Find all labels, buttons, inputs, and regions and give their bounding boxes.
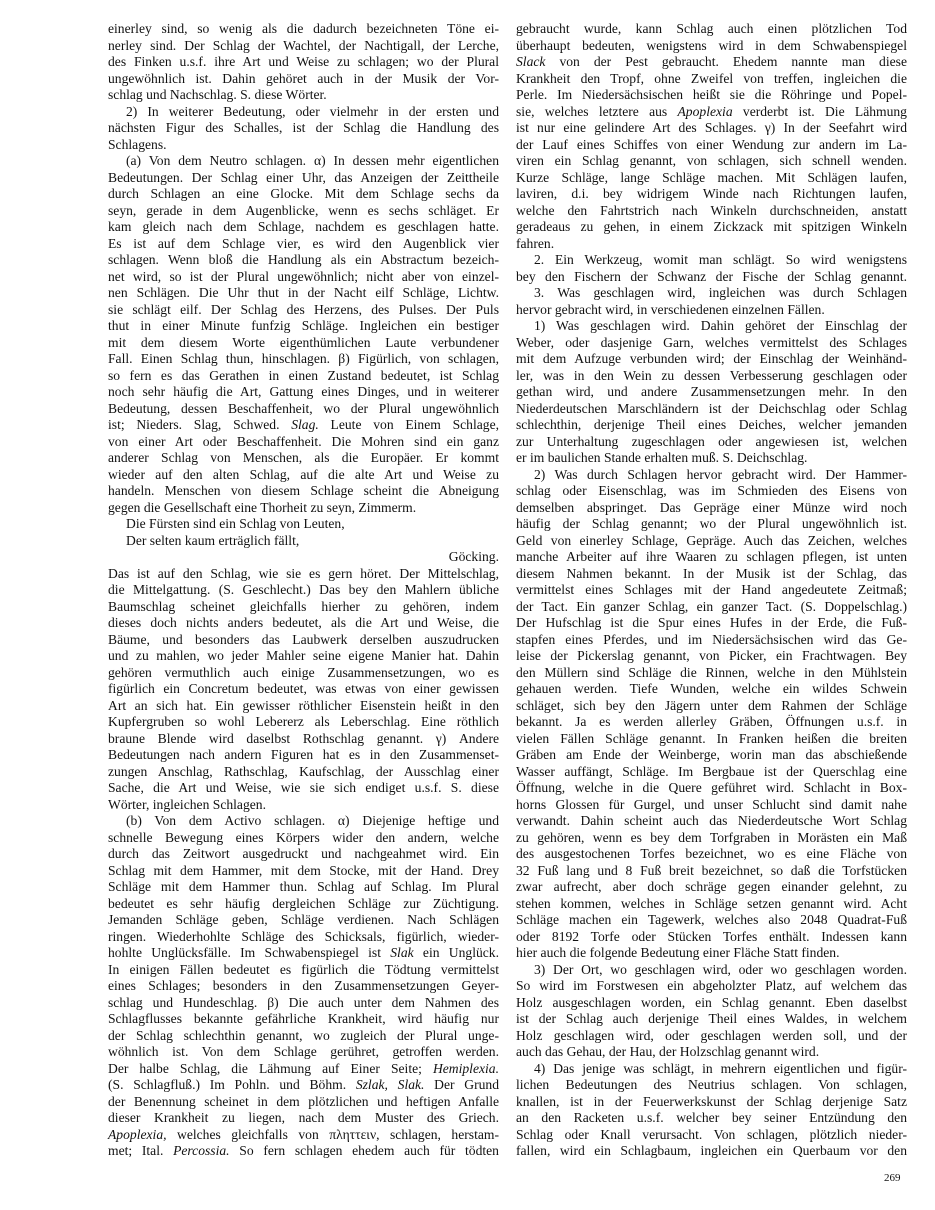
text-line: gehören vermuthlich auch einige Zusammen… xyxy=(108,665,499,682)
text-line: net wird, so ist der Plural ungewöhnlich… xyxy=(108,269,499,286)
text-line: durch das Zeitwort ausgedruckt und nachg… xyxy=(108,846,499,863)
text-line: hohlte Unglücksfälle. Im Schwabenspiegel… xyxy=(108,945,499,962)
text-line: zur Unterhaltung zugeschlagen oder angew… xyxy=(516,434,907,451)
text-line: Bedeutungen nach andern Figuren hat es i… xyxy=(108,747,499,764)
italic-term: Slack xyxy=(516,54,545,69)
text-line: 2) Was durch Schlagen hervor gebracht wi… xyxy=(516,467,907,484)
italic-term: Apoplexia, xyxy=(108,1127,167,1142)
text-line: thut in einer Minute funfzig Schläge. In… xyxy=(108,318,499,335)
text-line: Fall. Einen Schlag thun, hinschlagen. β)… xyxy=(108,351,499,368)
text-line: Schläge mit dem Hammer thun. Schlag auf … xyxy=(108,879,499,896)
text-line: Wörter, ingleichen Schlagen. xyxy=(108,797,499,814)
text-line: (S. Schlagfluß.) Im Pohln. und Böhm. Szl… xyxy=(108,1077,499,1094)
text-line: anderer Schlag von Menschen, als die Eur… xyxy=(108,450,499,467)
text-line: stapfen eines Pferdes, und im Niedersäch… xyxy=(516,632,907,649)
text-line: hervor gebracht wird, in verschiedenen e… xyxy=(516,302,907,319)
text-column-left: einerley sind, so wenig als die dadurch … xyxy=(108,21,499,1160)
text-line: Holz ausgeschlagen worden, ein Schlag ge… xyxy=(516,995,907,1012)
text-line: ist nur eine gelindere Art des Schlages.… xyxy=(516,120,907,137)
text-line: die Mittelgattung. (S. Geschlecht.) Das … xyxy=(108,582,499,599)
text-line: Niederdeutschen Marschländern ist der De… xyxy=(516,401,907,418)
text-line: gegen die Gesellschaft eine Thorheit zu … xyxy=(108,500,499,517)
text-line: zungen Anschlag, Rathschlag, Kaufschlag,… xyxy=(108,764,499,781)
text-line: schlagen. Wenn bloß die Handlung als ein… xyxy=(108,252,499,269)
text-line: schlag und Nachschlag. S. diese Wörter. xyxy=(108,87,499,104)
text-line: Göcking. xyxy=(108,549,499,566)
italic-term: Hemiplexia. xyxy=(433,1061,499,1076)
text-line: diesem Nahmen bekannt. In der Musik ist … xyxy=(516,566,907,583)
text-line: (a) Von dem Neutro schlagen. α) In desse… xyxy=(108,153,499,170)
text-line: fallen, wird ein Schlagbaum, ingleichen … xyxy=(516,1143,907,1160)
text-line: nächsten Figur des Schalles, ist der Sch… xyxy=(108,120,499,137)
text-line: der Schlag schlechthin genannt, wo zugle… xyxy=(108,1028,499,1045)
text-line: bey den Fischern der Schwanz der Fische … xyxy=(516,269,907,286)
text-line: Slack von der Pest gebraucht. Ehedem nan… xyxy=(516,54,907,71)
text-line: Der Hufschlag ist die Spur eines Hufes i… xyxy=(516,615,907,632)
text-line: handeln. Menschen von diesem Schlage sch… xyxy=(108,483,499,500)
text-line: ist der Schlag auch derjenige Theil eine… xyxy=(516,1011,907,1028)
text-line: an den Racketen u.s.f. welcher bey seine… xyxy=(516,1110,907,1127)
text-line: sie, welches letztere aus Apoplexia verd… xyxy=(516,104,907,121)
text-line: fahren. xyxy=(516,236,907,253)
text-line: hier auch die folgende Bedeutung einer F… xyxy=(516,945,907,962)
text-line: mit dem diesem Worte eigenthümlichen Lau… xyxy=(108,335,499,352)
text-line: Krankheit den Tropf, ohne Zweifel von tr… xyxy=(516,71,907,88)
text-line: dieses doch nichts anders bedeutet, als … xyxy=(108,615,499,632)
text-line: Apoplexia, welches gleichfalls von πληττ… xyxy=(108,1127,499,1144)
text-line: einerley sind, so wenig als die dadurch … xyxy=(108,21,499,38)
text-line: der Lauf eines Schiffes von einer Wendun… xyxy=(516,137,907,154)
text-line: Bäume, und besonders das Laubwerk dersel… xyxy=(108,632,499,649)
text-line: 2. Ein Werkzeug, womit man schlägt. So w… xyxy=(516,252,907,269)
text-line: Weber, oder dasjenige Garn, welches verm… xyxy=(516,335,907,352)
text-line: schnelle Bewegung eines Körpers wider de… xyxy=(108,830,499,847)
text-line: demselben abspringet. Das Gepräge einer … xyxy=(516,500,907,517)
text-line: knallen, ist in der Feuerwerkskunst der … xyxy=(516,1094,907,1111)
text-line: 4) Das jenige was schlägt, in mehrern ei… xyxy=(516,1061,907,1078)
text-line: vielen Fällen Schläge genannt. In Franke… xyxy=(516,731,907,748)
text-line: lichen Bedeutungen des Neutrius schlagen… xyxy=(516,1077,907,1094)
text-line: wieder auf den alten Schlag, auf die alt… xyxy=(108,467,499,484)
text-line: Schlagflusses bekannte gefährliche Krank… xyxy=(108,1011,499,1028)
text-line: manche Arbeiter auf ihre Waaren zu schla… xyxy=(516,549,907,566)
text-line: dieser Krankheit zu liegen, nach dem Mus… xyxy=(108,1110,499,1127)
text-line: leise der Pickerslag genannt, von Picker… xyxy=(516,648,907,665)
text-line: des ausgestochenen Torfes bezeichnet, wo… xyxy=(516,846,907,863)
text-line: bekannt. Ja es werden allerley Gräben, Ö… xyxy=(516,714,907,731)
text-line: eines Schlages; besonders in den Zusamme… xyxy=(108,978,499,995)
text-line: Schläge machen ein Tagewerk, welches als… xyxy=(516,912,907,929)
text-line: geradeaus zu gehen, in einem Zickzack mi… xyxy=(516,219,907,236)
text-line: so fern es das Gerathen in einen Zustand… xyxy=(108,368,499,385)
text-line: 3. Was geschlagen wird, ingleichen was d… xyxy=(516,285,907,302)
text-column-right: gebraucht wurde, kann Schlag auch einen … xyxy=(516,21,907,1160)
text-line: er im baulichen Stande erhalten muß. S. … xyxy=(516,450,907,467)
text-line: mit dem Aufzuge verbunden wird; der Eins… xyxy=(516,351,907,368)
text-line: Schlag mit dem Hammer, mit dem Stocke, m… xyxy=(108,863,499,880)
text-line: laviren, d.i. bey widrigem Winde nach Ri… xyxy=(516,186,907,203)
text-line: 3) Der Ort, wo geschlagen wird, oder wo … xyxy=(516,962,907,979)
text-line: schlechthin, derjenige Theil eines Deich… xyxy=(516,417,907,434)
text-line: Schlagens. xyxy=(108,137,499,154)
text-line: Bedeutung, dessen Beschaffenheit, wo der… xyxy=(108,401,499,418)
text-line: Die Fürsten sind ein Schlag von Leuten, xyxy=(108,516,499,533)
text-line: stehen kommen, welches in Schläge setzen… xyxy=(516,896,907,913)
text-line: Wasser auffängt, Schläge. Im Bergbaue is… xyxy=(516,764,907,781)
text-line: Holz geschlagen wird, oder geschlagen we… xyxy=(516,1028,907,1045)
text-line: Jemanden Schläge geben, Schläge verdiene… xyxy=(108,912,499,929)
text-line: So wird im Forstwesen ein abgeholzter Pl… xyxy=(516,978,907,995)
text-line: nerley sind. Der Schlag der Wachtel, der… xyxy=(108,38,499,55)
text-line: wöhnlich ist. Von dem Schlage gerühret, … xyxy=(108,1044,499,1061)
text-line: ringen. Wiederhohlte Schläge des Schicks… xyxy=(108,929,499,946)
text-line: gehauen werden. Tiefe Wunden, welche ein… xyxy=(516,681,907,698)
text-line: schlag und Hundeschlag. β) Die auch unte… xyxy=(108,995,499,1012)
text-line: gethan wird, und andere Zusammensetzunge… xyxy=(516,384,907,401)
text-line: Schlag oder Knall verursacht. Von schlag… xyxy=(516,1127,907,1144)
text-line: Kurze Schläge, lange Schläge machen. Mit… xyxy=(516,170,907,187)
text-line: und zu mahlen, wo jeder Mahler seine eig… xyxy=(108,648,499,665)
page-number: 269 xyxy=(884,1172,901,1184)
text-line: Öffnung, welche in die Quere geführet wi… xyxy=(516,780,907,797)
text-line: gebraucht wurde, kann Schlag auch einen … xyxy=(516,21,907,38)
italic-term: Apoplexia xyxy=(678,104,733,119)
text-line: des Finken u.s.f. ihre Art und Weise zu … xyxy=(108,54,499,71)
text-line: 1) Was geschlagen wird. Dahin gehöret de… xyxy=(516,318,907,335)
italic-term: Slag. xyxy=(291,417,319,432)
text-line: figürlich ein Concretum bedeutet, was et… xyxy=(108,681,499,698)
text-line: ler, was in den Wein zu dessen Verbesser… xyxy=(516,368,907,385)
text-line: welche den Fahrtstrich nach Winkeln durc… xyxy=(516,203,907,220)
text-line: viren ein Schlag genannt, von schlagen, … xyxy=(516,153,907,170)
text-line: 2) In weiterer Bedeutung, oder vielmehr … xyxy=(108,104,499,121)
text-line: Gräben am Ende der Weinberge, worin man … xyxy=(516,747,907,764)
text-line: Baumschlag scheinet gleichfalls hierher … xyxy=(108,599,499,616)
text-line: Es ist auf dem Schlage vier, es wird den… xyxy=(108,236,499,253)
text-line: oder 8192 Torfe oder Stücken Torfes enth… xyxy=(516,929,907,946)
text-line: Sache, die Art und Weise, wie sie sich e… xyxy=(108,780,499,797)
text-line: von einer Art oder Beschaffenheit. Die M… xyxy=(108,434,499,451)
text-line: Bedeutungen. Der Schlag einer Uhr, das A… xyxy=(108,170,499,187)
text-line: den Müllern sind Schläge die Rinnen, wel… xyxy=(516,665,907,682)
text-line: Kupfergruben so wohl Lebererz als Lebers… xyxy=(108,714,499,731)
text-line: Perle. Im Niedersächsischen heißt sie di… xyxy=(516,87,907,104)
text-line: met; Ital. Percossia. So fern schlagen e… xyxy=(108,1143,499,1160)
text-line: häufig der Schlag genannt; wo der Plural… xyxy=(516,516,907,533)
text-line: (b) Von dem Activo schlagen. α) Diejenig… xyxy=(108,813,499,830)
italic-term: Slak xyxy=(390,945,413,960)
text-line: vermittelst eines Schlages mit der Hand … xyxy=(516,582,907,599)
text-line: durch Schlagen an eine Glocke. Mit dem S… xyxy=(108,186,499,203)
text-line: Der halbe Schlag, die Lähmung auf Einer … xyxy=(108,1061,499,1078)
italic-term: Percossia. xyxy=(173,1143,230,1158)
text-line: kam gleich nach dem Schlage, nachdem es … xyxy=(108,219,499,236)
text-line: Geld von einerley Schlage, Gepräge. Auch… xyxy=(516,533,907,550)
text-line: der Tact. Ein ganzer Schlag, ein ganzer … xyxy=(516,599,907,616)
text-line: Das ist auf den Schlag, wie sie es gern … xyxy=(108,566,499,583)
text-line: ungewöhnlich ist. Dahin gehöret auch in … xyxy=(108,71,499,88)
text-line: zu gehören, wenn es bey dem Torfgraben i… xyxy=(516,830,907,847)
text-line: Art an sich hat. Ein gewisser röthlicher… xyxy=(108,698,499,715)
text-line: der Benennung scheinet in dem plötzliche… xyxy=(108,1094,499,1111)
text-line: schlag oder Eisenschlag, was im Schmiede… xyxy=(516,483,907,500)
text-line: nen Schlägen. Die Uhr thut in der Nacht … xyxy=(108,285,499,302)
text-line: noch sehr häufig die Art, Gattung eines … xyxy=(108,384,499,401)
text-line: seyn, gerade in dem Augenblicke, wenn es… xyxy=(108,203,499,220)
text-line: braune Blende wird daselbst Rothschlag g… xyxy=(108,731,499,748)
italic-term: Szlak, Slak. xyxy=(356,1077,425,1092)
text-line: 32 Fuß lang und 8 Fuß breit bezeichnet, … xyxy=(516,863,907,880)
text-line: sie schlägt eilf. Der Schlag des Herzens… xyxy=(108,302,499,319)
text-line: schläget, sich bey den Jägern unter dem … xyxy=(516,698,907,715)
text-line: horns Glossen für Gurgel, und unser Schl… xyxy=(516,797,907,814)
text-line: verwandt. Dahin scheint auch das Niederd… xyxy=(516,813,907,830)
text-line: Der selten kaum erträglich fällt, xyxy=(108,533,499,550)
text-line: bedeutet es sehr häufig dergleichen Schl… xyxy=(108,896,499,913)
text-line: auch das Gehau, der Hau, der Holzschlag … xyxy=(516,1044,907,1061)
text-line: In einigen Fällen bedeutet es figürlich … xyxy=(108,962,499,979)
text-line: überhaupt bedeuten, wenigstens wird in d… xyxy=(516,38,907,55)
text-line: ist; Nieders. Slag, Schwed. Slag. Leute … xyxy=(108,417,499,434)
text-line: zwar aufrecht, aber doch schräge gegen e… xyxy=(516,879,907,896)
